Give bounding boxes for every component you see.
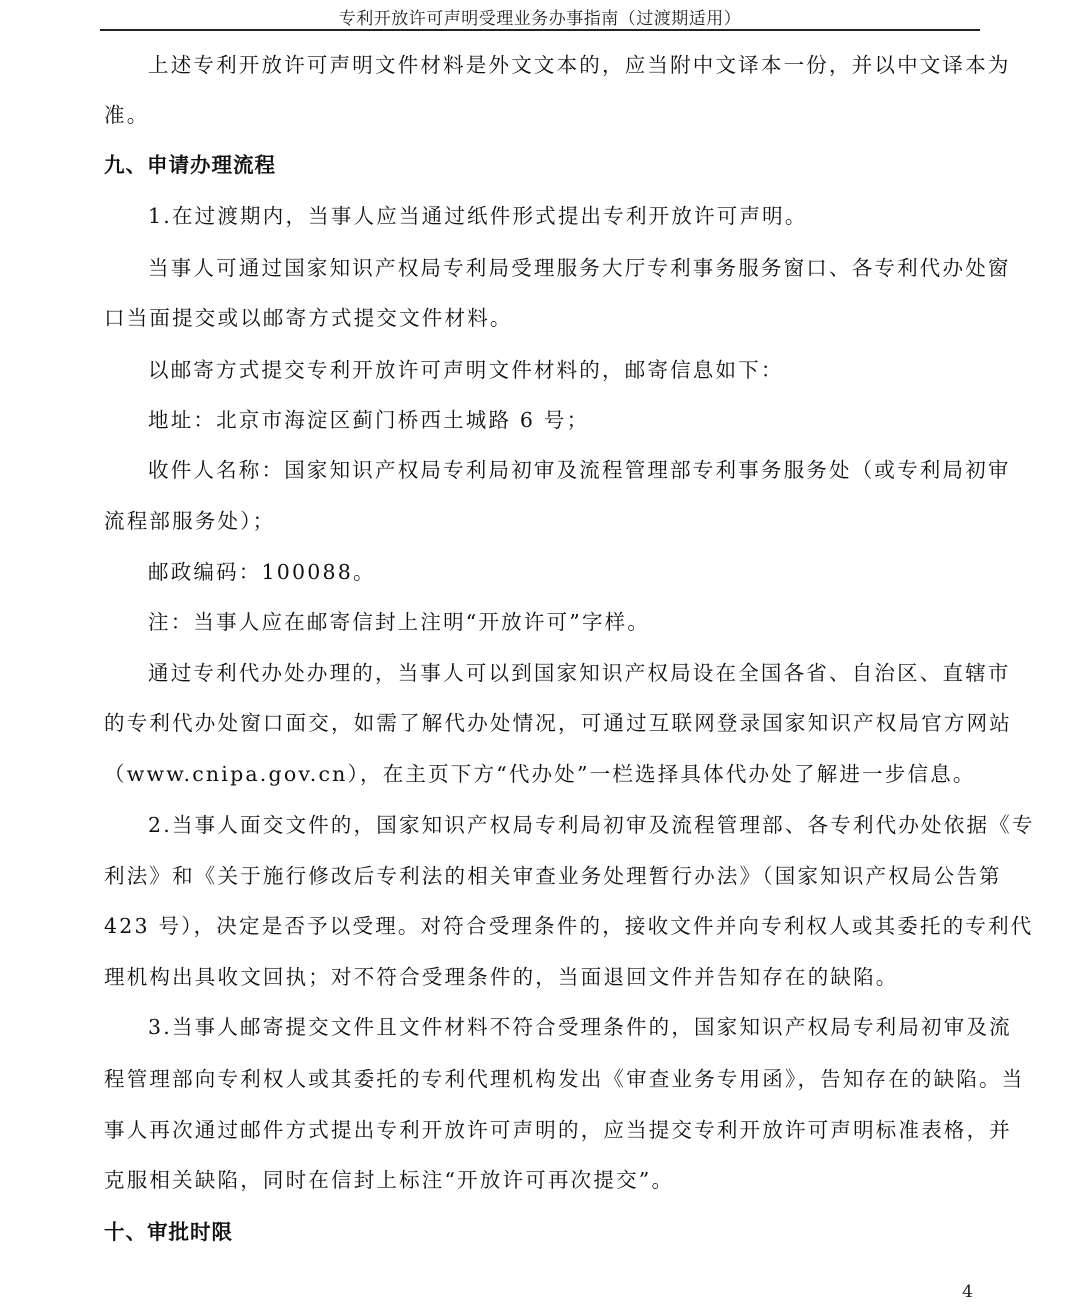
paragraph-line: 口当面提交或以邮寄方式提交文件材料。 bbox=[104, 304, 978, 332]
paragraph-line: 通过专利代办处办理的，当事人可以到国家知识产权局设在全国各省、自治区、直辖市 bbox=[148, 659, 978, 687]
running-header: 专利开放许可声明受理业务办事指南（过渡期适用） bbox=[100, 4, 980, 29]
paragraph-line: 准。 bbox=[104, 101, 978, 129]
paragraph-line: 3.当事人邮寄提交文件且文件材料不符合受理条件的，国家知识产权局专利局初审及流 bbox=[148, 1013, 978, 1041]
paragraph-line: 利法》和《关于施行修改后专利法的相关审查业务处理暂行办法》（国家知识产权局公告第 bbox=[104, 862, 978, 890]
paragraph-line: 的专利代办处窗口面交，如需了解代办处情况，可通过互联网登录国家知识产权局官方网站 bbox=[104, 709, 978, 737]
section-heading-10: 十、审批时限 bbox=[104, 1218, 978, 1246]
paragraph-line: 2.当事人面交文件的，国家知识产权局专利局初审及流程管理部、各专利代办处依据《专 bbox=[148, 811, 978, 839]
paragraph-line: 克服相关缺陷，同时在信封上标注“开放许可再次提交”。 bbox=[104, 1166, 978, 1194]
note-line: 注：当事人应在邮寄信封上注明“开放许可”字样。 bbox=[148, 608, 978, 636]
header-divider bbox=[100, 29, 980, 31]
paragraph-line: 423 号），决定是否予以受理。对符合受理条件的，接收文件并向专利权人或其委托的… bbox=[104, 912, 978, 940]
paragraph-line: 以邮寄方式提交专利开放许可声明文件材料的，邮寄信息如下： bbox=[148, 356, 978, 384]
paragraph-line: 事人再次通过邮件方式提出专利开放许可声明的，应当提交专利开放许可声明标准表格，并 bbox=[104, 1116, 978, 1144]
paragraph-line: 1.在过渡期内，当事人应当通过纸件形式提出专利开放许可声明。 bbox=[148, 202, 978, 230]
website-line: （www.cnipa.gov.cn），在主页下方“代办处”一栏选择具体代办处了解… bbox=[104, 760, 978, 788]
section-heading-9: 九、申请办理流程 bbox=[104, 151, 978, 179]
page-number: 4 bbox=[962, 1282, 973, 1302]
recipient-line: 收件人名称：国家知识产权局专利局初审及流程管理部专利事务服务处（或专利局初审 bbox=[148, 456, 978, 484]
paragraph-line: 上述专利开放许可声明文件材料是外文文本的，应当附中文译本一份，并以中文译本为 bbox=[148, 51, 978, 79]
postal-code-line: 邮政编码：100088。 bbox=[148, 558, 978, 586]
address-line: 地址：北京市海淀区蓟门桥西土城路 6 号； bbox=[148, 406, 978, 434]
paragraph-line: 流程部服务处）； bbox=[104, 507, 978, 535]
paragraph-line: 当事人可通过国家知识产权局专利局受理服务大厅专利事务服务窗口、各专利代办处窗 bbox=[148, 254, 978, 282]
paragraph-line: 理机构出具收文回执；对不符合受理条件的，当面退回文件并告知存在的缺陷。 bbox=[104, 963, 978, 991]
paragraph-line: 程管理部向专利权人或其委托的专利代理机构发出《审查业务专用函》，告知存在的缺陷。… bbox=[104, 1065, 978, 1093]
